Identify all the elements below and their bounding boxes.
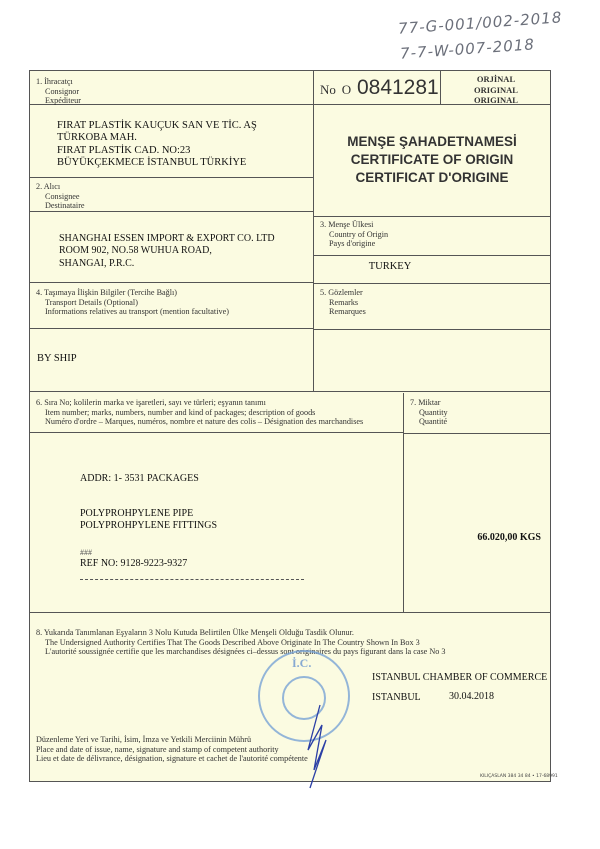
divider	[30, 391, 550, 392]
stamp-text: İ.C.	[292, 656, 311, 671]
box3-label: 3. Menşe Ülkesi Country of Origin Pays d…	[320, 220, 388, 249]
box7-label: 7. Miktar Quantity Quantité	[410, 398, 448, 427]
issue-date: 30.04.2018	[449, 691, 494, 703]
end-of-list-line	[80, 579, 304, 580]
certificate-title: MENŞE ŞAHADETNAMESİ CERTIFICATE OF ORIGI…	[314, 133, 550, 187]
divider	[30, 612, 550, 613]
country-of-origin: TURKEY	[314, 261, 466, 273]
box5-label: 5. Gözlemler Remarks Remarques	[320, 288, 366, 317]
consignee-address: SHANGHAI ESSEN IMPORT & EXPORT CO. LTD R…	[59, 233, 275, 270]
divider	[314, 283, 550, 284]
printer-note: KILIÇASLAN 384 34 84 • 17-68991	[480, 774, 558, 779]
issue-place: ISTANBUL	[372, 692, 421, 704]
reference-number: REF NO: 9128-9223-9327	[80, 558, 187, 570]
divider	[314, 329, 550, 330]
handwritten-note-1: 77-G-001/002-2018	[398, 8, 563, 37]
box1-label: 1. İhracatçı Consignor Expéditeur	[36, 77, 81, 106]
packages: ADDR: 1- 3531 PACKAGES	[80, 473, 199, 485]
issuing-authority: ISTANBUL CHAMBER OF COMMERCE	[372, 672, 547, 684]
certificate-number: No O 0841281	[320, 76, 439, 100]
signature	[300, 700, 340, 790]
original-cell	[441, 71, 550, 105]
box8-label: 8. Yukarıda Tanımlanan Eşyaların 3 Nolu …	[36, 628, 446, 657]
divider	[404, 433, 550, 434]
box6-label: 6. Sıra No; kolilerin marka ve işaretler…	[36, 398, 363, 427]
handwritten-note-2: 7-7-W-007-2018	[400, 35, 536, 62]
box4-label: 4. Taşımaya İlişkin Bilgiler (Tercihe Ba…	[36, 288, 229, 317]
consignor-address: FIRAT PLASTİK KAUÇUK SAN VE TİC. AŞ TÜRK…	[57, 120, 257, 170]
transport-details: BY SHIP	[37, 353, 77, 365]
box8-footer: Düzenleme Yeri ve Tarihi, İsim, İmza ve …	[36, 735, 308, 764]
goods-description: POLYPROHPYLENE PIPE POLYPROHPYLENE FITTI…	[80, 508, 217, 533]
box2-label: 2. Alıcı Consignee Destinataire	[36, 182, 85, 211]
quantity: 66.020,00 KGS	[404, 532, 541, 544]
